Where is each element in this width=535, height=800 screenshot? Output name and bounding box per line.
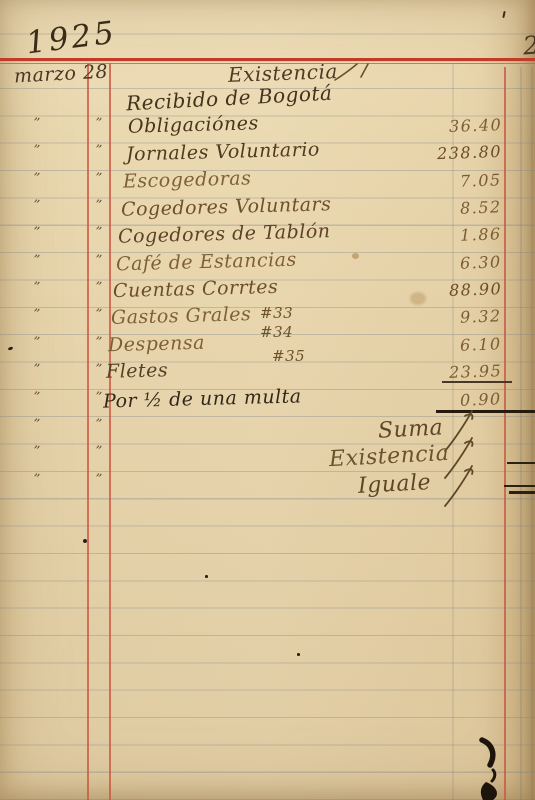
ledger-total-row: Iguale: [0, 472, 535, 500]
entry-amount: 8.52: [460, 197, 502, 217]
pen-flourish-icon: [332, 60, 370, 84]
entry-ref: #35: [272, 347, 305, 365]
entry-label: Cogedores Voluntars: [120, 193, 331, 220]
entry-amount: 23.95: [448, 361, 502, 382]
entry-label: Despensa: [108, 332, 205, 357]
entry-label: Gastos Grales: [110, 304, 251, 330]
entry-amount: 9.32: [460, 307, 502, 327]
ledger-entry-row: Cogedores de Tablón 1.86: [0, 221, 535, 248]
entry-amount: 6.30: [460, 252, 502, 272]
entry-amount: 36.40: [448, 115, 502, 136]
page-corner-numeral: 2: [522, 30, 535, 60]
ink-speck: [205, 575, 208, 578]
total-label: Suma: [377, 415, 443, 443]
paper-stain: [410, 292, 426, 305]
ledger-entry-row: Despensa #34 6.10: [0, 331, 535, 358]
ledger-entry-row: Café de Estancias 6.30: [0, 249, 535, 276]
entry-label: Cogedores de Tablón: [118, 221, 331, 249]
ink-speck: [502, 11, 505, 18]
ledger-entry-row: Cuentas Corrtes 88.90: [0, 276, 535, 303]
ledger-page: 1925 2 marzo 28 Existencia Recibido de B…: [0, 0, 535, 800]
ledger-entry-row: Escogedoras 7.05: [0, 167, 535, 194]
entry-amount: 7.05: [460, 170, 502, 190]
total-rule-iguale-top: [504, 485, 535, 487]
entry-label: Por ½ de una multa: [103, 385, 302, 412]
entry-label: Escogedoras: [123, 167, 252, 192]
entry-amount: 88.90: [448, 279, 502, 300]
entry-label: Jornales Voluntario: [125, 139, 319, 166]
ink-speck: [297, 653, 300, 656]
total-rule-existencia: [507, 462, 535, 464]
pen-flourish-icon: [440, 462, 482, 510]
ink-speck: [83, 539, 87, 543]
page-subtitle: Recibido de Bogotá: [126, 81, 333, 116]
entry-date: marzo 28: [13, 61, 108, 88]
entry-label: Fletes: [105, 359, 168, 383]
ledger-entry-row: Jornales Voluntario 238.80: [0, 139, 535, 166]
ledger-entry-row: Fletes #35 23.95: [0, 358, 535, 385]
entry-ref: #33: [260, 304, 293, 322]
entry-label: Cuentas Corrtes: [113, 276, 279, 302]
entry-label: Obligaciónes: [128, 112, 259, 137]
entry-amount: 1.86: [460, 225, 502, 245]
total-label: Iguale: [357, 470, 431, 499]
ledger-entry-row: Cogedores Voluntars 8.52: [0, 194, 535, 221]
paper-stain: [352, 253, 359, 259]
entry-underline: [442, 381, 512, 383]
entry-label: Café de Estancias: [115, 248, 296, 275]
entry-ref: #34: [260, 323, 293, 341]
entry-amount: 238.80: [437, 142, 503, 163]
total-label: Existencia: [328, 441, 449, 472]
ledger-entry-row: Obligaciónes 36.40: [0, 112, 535, 139]
total-rule-iguale-bottom: [509, 491, 535, 494]
entry-amount: 6.10: [460, 334, 502, 354]
year-heading: 1925: [24, 15, 119, 62]
ink-blot: [440, 720, 535, 800]
